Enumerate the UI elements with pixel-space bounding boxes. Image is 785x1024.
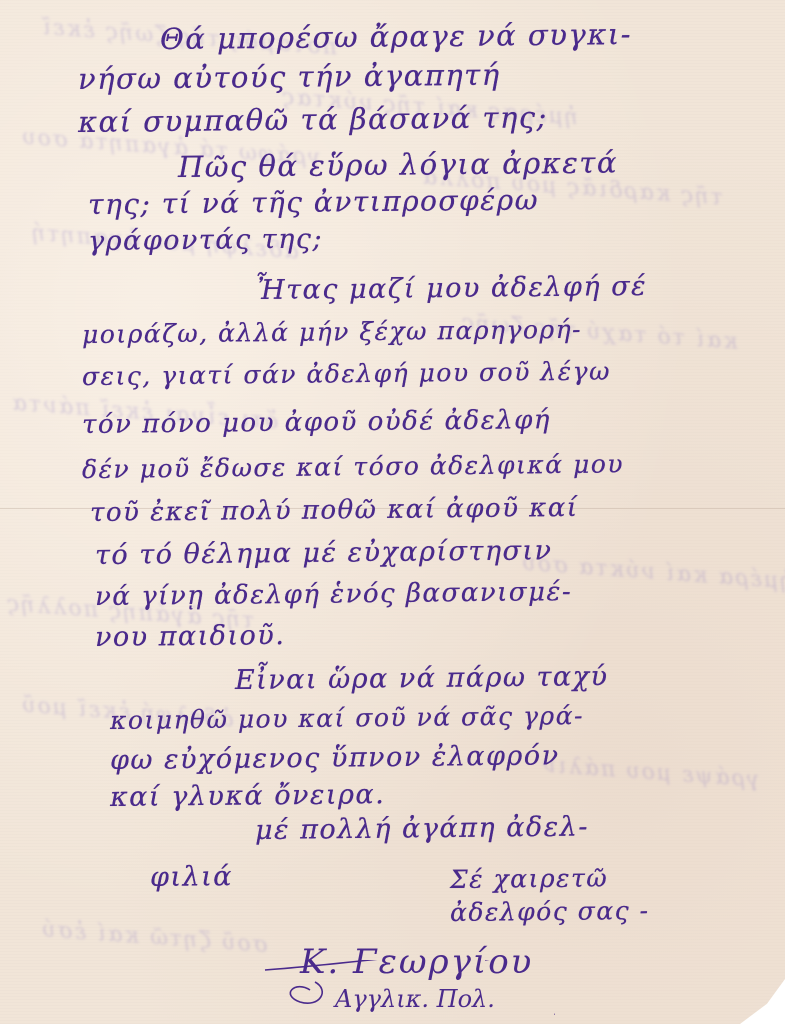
letter-line: μέ πολλή ἀγάπη ἀδελ- (255, 812, 589, 846)
letter-line: νήσω αὐτούς τήν ἀγαπητή (78, 58, 501, 96)
letter-line: τοῦ ἐκεῖ πολύ ποθῶ καί ἀφοῦ καί (90, 493, 579, 528)
signature-subtitle: Αγγλικ. Πολ. (335, 985, 495, 1013)
closing-left: φιλιά (150, 861, 233, 893)
letter-line: Πῶς θά εὕρω λόγια ἀρκετά (178, 145, 618, 184)
letter-line: καί συμπαθῶ τά βάσανά της; (78, 100, 548, 139)
letter-line: σεις, γιατί σάν ἀδελφή μου σοῦ λέγω (82, 356, 611, 391)
letter-line: Ἦτας μαζί μου ἀδελφή σέ (255, 271, 647, 306)
bleed-through-text: γράψε μου πάλιν (539, 752, 760, 792)
letter-line: κοιμηθῶ μου καί σοῦ νά σᾶς γρά- (110, 701, 584, 735)
letter-line: Θά μπορέσω ἄραγε νά συγκι- (160, 17, 632, 56)
signature-name: Κ. Γεωργίου (300, 942, 533, 982)
letter-line: δέν μοῦ ἔδωσε καί τόσο ἀδελφικά μου (82, 449, 624, 484)
letter-line: νά γίνῃ ἀδελφή ἑνός βασανισμέ- (95, 577, 573, 612)
letter-line: Εἶναι ὥρα νά πάρω ταχύ (235, 661, 609, 696)
letter-line: γράφοντάς της; (88, 224, 323, 257)
letter-line: τόν πόνο μου ἀφοῦ οὐδέ ἀδελφή (82, 405, 551, 440)
letter-page: ποταμός τῆς ζωῆς ἐκεῖ ἡμέρας καί τῆς νύκ… (0, 0, 785, 1024)
letter-line: καί γλυκά ὄνειρα. (110, 779, 386, 813)
letter-line: μοιράζω, ἀλλά μήν ξέχω παρηγορή- (82, 315, 582, 349)
letter-line: φω εὐχόμενος ὕπνον ἐλαφρόν (110, 740, 560, 776)
torn-corner (740, 979, 785, 1024)
letter-line: νου παιδιοῦ. (95, 620, 286, 653)
letter-line: τό τό θέλημα μέ εὐχαρίστησιν (95, 535, 553, 571)
closing-right-2: ἀδελφός σας - (450, 896, 650, 927)
bleed-through-text: σοῦ ζητῶ καί ἐσύ (39, 917, 268, 958)
letter-line: της; τί νά τῆς ἀντιπροσφέρω (88, 183, 539, 221)
closing-right-1: Σέ χαιρετῶ (450, 863, 608, 894)
